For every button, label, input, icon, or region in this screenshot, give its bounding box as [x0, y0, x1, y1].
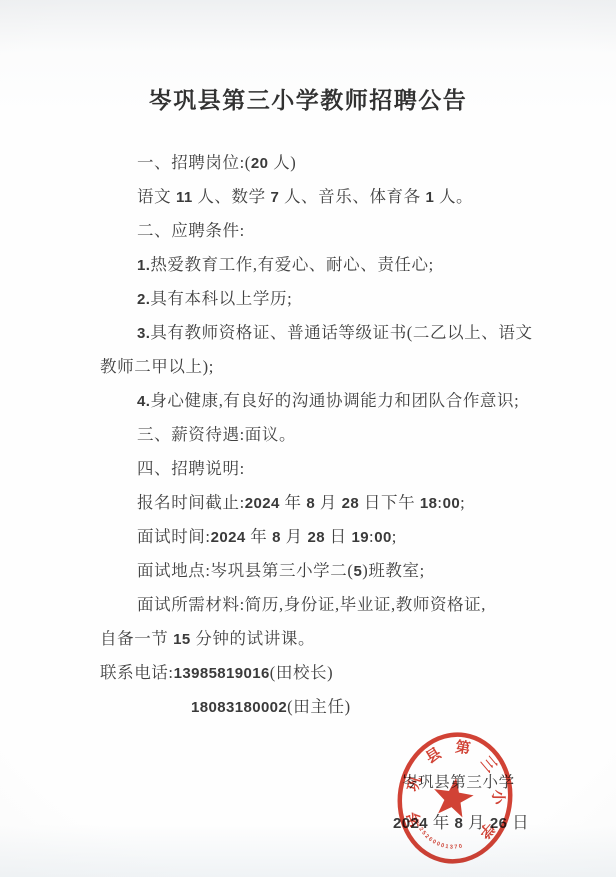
text-segment: 人、音乐、体育各: [279, 187, 425, 206]
text-segment: 28: [342, 495, 360, 512]
text-segment: 15: [173, 631, 191, 648]
text-segment: (田主任): [287, 697, 351, 716]
text-segment: 语文: [137, 187, 176, 206]
document-line: 报名时间截止:2024 年 8 月 28 日下午 18:00;: [100, 486, 560, 520]
text-segment: (田校长): [270, 663, 334, 682]
text-segment: 身心健康,有良好的沟通协调能力和团队合作意识;: [150, 391, 519, 410]
text-segment: 三、薪资待遇:面议。: [137, 425, 296, 444]
document-line: 18083180002(田主任): [100, 690, 560, 724]
official-seal: 岑巩县第三小学 5225260001370: [393, 729, 517, 867]
seal-ring-char: 小: [489, 790, 506, 806]
text-segment: 面试所需材料:简历,身份证,毕业证,教师资格证,: [137, 595, 486, 614]
text-segment: 人。: [434, 187, 473, 206]
document-line: 二、应聘条件:: [100, 214, 560, 248]
text-segment: 年: [246, 527, 273, 546]
document-line: 三、薪资待遇:面议。: [100, 418, 560, 452]
text-segment: 月: [315, 493, 342, 512]
text-segment: 00: [443, 495, 461, 512]
text-segment: 人): [268, 153, 296, 172]
text-segment: 3.: [137, 325, 150, 342]
document-line: 面试地点:岑巩县第三小学二(5)班教室;: [100, 554, 560, 588]
text-segment: 2024: [245, 495, 280, 512]
text-segment: 7: [270, 189, 279, 206]
text-segment: 人、数学: [193, 187, 271, 206]
document-line: 2.具有本科以上学历;: [100, 282, 560, 316]
text-segment: 一、招聘岗位:(: [137, 153, 251, 172]
text-segment: 分钟的试讲课。: [191, 629, 315, 648]
text-segment: ;: [460, 493, 465, 512]
document-line: 4.身心健康,有良好的沟通协调能力和团队合作意识;: [100, 384, 560, 418]
seal-ring-char: 巩: [404, 774, 425, 793]
document-line: 联系电话:13985819016(田校长): [100, 656, 560, 690]
text-segment: 5: [353, 563, 362, 580]
text-segment: 报名时间截止:: [137, 493, 245, 512]
document-line: 1.热爱教育工作,有爱心、耐心、责任心;: [100, 248, 560, 282]
seal-ring-char: 第: [454, 738, 472, 758]
text-segment: 18: [420, 495, 438, 512]
text-segment: 18083180002: [191, 699, 287, 716]
document-line: 一、招聘岗位:(20 人): [100, 146, 560, 180]
text-segment: 年: [280, 493, 307, 512]
document-line: 3.具有教师资格证、普通话等级证书(二乙以上、语文: [100, 316, 560, 350]
document-line: 教师二甲以上);: [100, 350, 560, 384]
text-segment: 1.: [137, 257, 150, 274]
text-segment: 具有本科以上学历;: [150, 289, 292, 308]
document-line: 面试所需材料:简历,身份证,毕业证,教师资格证,: [100, 588, 560, 622]
document-line: 自备一节 15 分钟的试讲课。: [100, 622, 560, 656]
text-segment: 四、招聘说明:: [137, 459, 245, 478]
text-segment: 19: [352, 529, 370, 546]
text-segment: 联系电话:: [100, 663, 174, 682]
text-segment: 4.: [137, 393, 150, 410]
text-segment: 日下午: [359, 493, 420, 512]
document-body: 一、招聘岗位:(20 人)语文 11 人、数学 7 人、音乐、体育各 1 人。二…: [100, 146, 560, 724]
text-segment: 28: [307, 529, 325, 546]
text-segment: 教师二甲以上);: [100, 357, 214, 376]
text-segment: 00: [374, 529, 392, 546]
text-segment: 面试地点:岑巩县第三小学二(: [137, 561, 353, 580]
text-segment: 面试时间:: [137, 527, 211, 546]
document-title: 岑巩县第三小学教师招聘公告: [0, 82, 616, 115]
document-line: 四、招聘说明:: [100, 452, 560, 486]
text-segment: 20: [251, 155, 269, 172]
document-line: 面试时间:2024 年 8 月 28 日 19:00;: [100, 520, 560, 554]
text-segment: )班教室;: [362, 561, 425, 580]
text-segment: 11: [176, 189, 193, 206]
text-segment: 具有教师资格证、普通话等级证书(二乙以上、语文: [150, 323, 532, 342]
document-line: 语文 11 人、数学 7 人、音乐、体育各 1 人。: [100, 180, 560, 214]
text-segment: 2.: [137, 291, 150, 308]
text-segment: 1: [425, 189, 434, 206]
document-page: 岑巩县第三小学教师招聘公告 一、招聘岗位:(20 人)语文 11 人、数学 7 …: [0, 0, 616, 877]
text-segment: 二、应聘条件:: [137, 221, 245, 240]
seal-star-icon: [430, 775, 475, 819]
text-segment: 自备一节: [100, 629, 173, 648]
text-segment: 8: [306, 495, 315, 512]
text-segment: 8: [272, 529, 281, 546]
text-segment: 月: [281, 527, 308, 546]
text-segment: ;: [392, 527, 397, 546]
text-segment: 热爱教育工作,有爱心、耐心、责任心;: [150, 255, 434, 274]
text-segment: 日: [325, 527, 352, 546]
text-segment: 2024: [211, 529, 246, 546]
text-segment: 13985819016: [174, 665, 270, 682]
